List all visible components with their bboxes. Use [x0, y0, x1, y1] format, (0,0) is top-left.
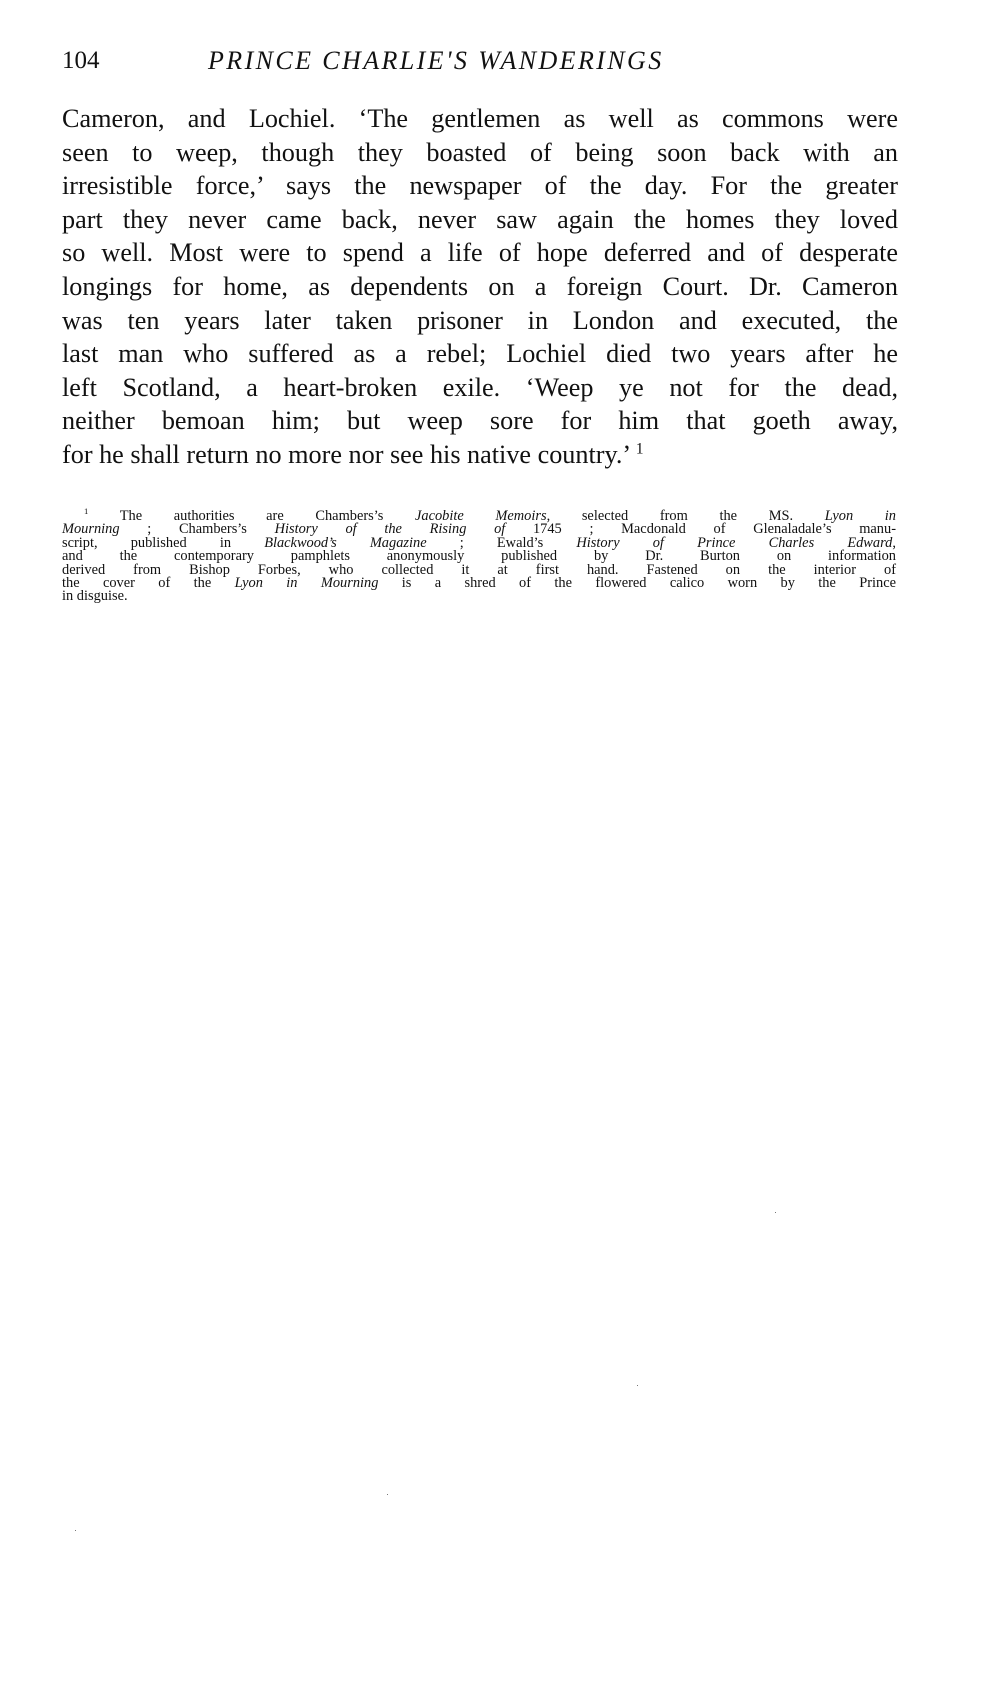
- page-number: 104: [62, 44, 100, 78]
- footnote-title-italic: Lyon in Mourning: [235, 575, 379, 591]
- body-line: Cameron, and Lochiel. ‘The gentlemen as …: [62, 102, 898, 136]
- body-paragraph: Cameron, and Lochiel. ‘The gentlemen as …: [62, 102, 898, 472]
- footnote: 1 The authorities are Chambers’s Jacobit…: [62, 510, 896, 604]
- running-head: 104 PRINCE CHARLIE'S WANDERINGS: [62, 44, 897, 78]
- footnote-marker: 1: [84, 506, 88, 516]
- body-line: left Scotland, a heart-broken exile. ‘We…: [62, 371, 898, 405]
- body-line-text: for he shall return no more nor see his …: [62, 440, 629, 469]
- body-line: irresistible force,’ says the newspaper …: [62, 169, 898, 203]
- running-title: PRINCE CHARLIE'S WANDERINGS: [208, 44, 664, 78]
- scan-speck: [775, 1212, 776, 1213]
- body-line: last man who suffered as a rebel; Lochie…: [62, 337, 898, 371]
- scan-speck: [75, 1530, 76, 1531]
- body-line-last: for he shall return no more nor see his …: [62, 438, 898, 472]
- book-page: 104 PRINCE CHARLIE'S WANDERINGS Cameron,…: [0, 0, 1000, 1694]
- footnote-text: is a shred of the flowered calico worn b…: [378, 575, 896, 591]
- footnote-line: in disguise.: [62, 590, 896, 603]
- footnote-text: in disguise.: [62, 588, 128, 604]
- scan-speck: [637, 1385, 638, 1386]
- scan-speck: [387, 1494, 388, 1495]
- body-line: was ten years later taken prisoner in Lo…: [62, 304, 898, 338]
- body-line: neither bemoan him; but weep sore for hi…: [62, 404, 898, 438]
- body-line: seen to weep, though they boasted of bei…: [62, 136, 898, 170]
- footnote-line: the cover of the Lyon in Mourning is a s…: [62, 577, 896, 590]
- body-line: part they never came back, never saw aga…: [62, 203, 898, 237]
- body-line: so well. Most were to spend a life of ho…: [62, 236, 898, 270]
- footnote-reference: 1: [636, 440, 644, 457]
- body-line: longings for home, as dependents on a fo…: [62, 270, 898, 304]
